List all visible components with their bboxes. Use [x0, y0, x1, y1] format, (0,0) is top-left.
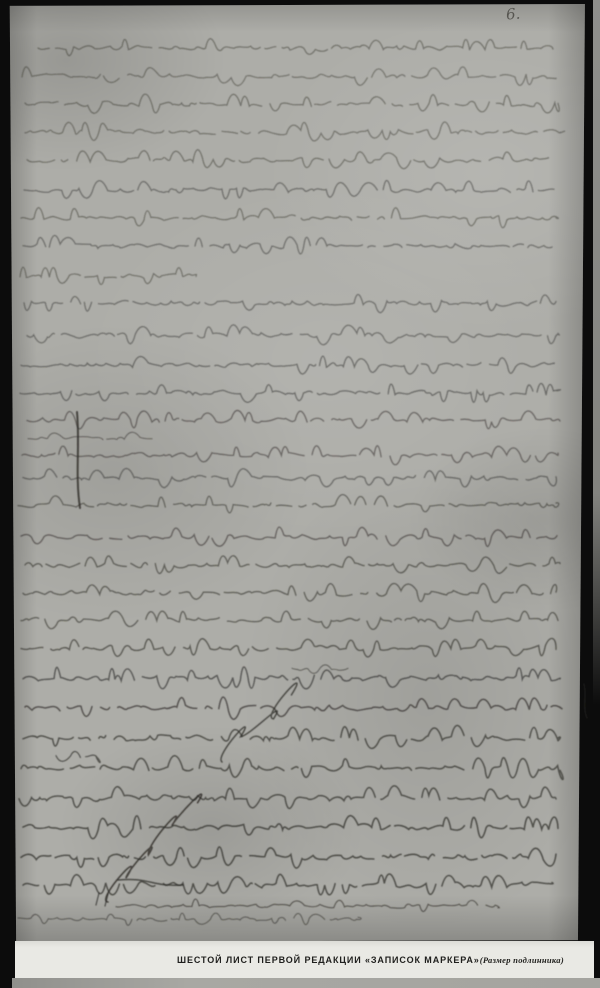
handwriting-vstroke-mark — [584, 684, 587, 718]
caption-size-note: (Размер подлинника) — [480, 955, 564, 965]
manuscript-paper — [8, 4, 589, 942]
caption-strip: ШЕСТОЙ ЛИСТ ПЕРВОЙ РЕДАКЦИИ «ЗАПИСОК МАР… — [15, 941, 594, 978]
page-number: 6. — [505, 5, 521, 24]
next-page-edge-band — [12, 978, 600, 988]
caption-title: ШЕСТОЙ ЛИСТ ПЕРВОЙ РЕДАКЦИИ «ЗАПИСОК МАР… — [177, 955, 480, 965]
manuscript-photo: 6. ШЕСТОЙ ЛИСТ ПЕРВОЙ РЕДАКЦИИ «ЗАПИСОК … — [0, 0, 600, 988]
scan-edge-strip — [593, 0, 600, 705]
